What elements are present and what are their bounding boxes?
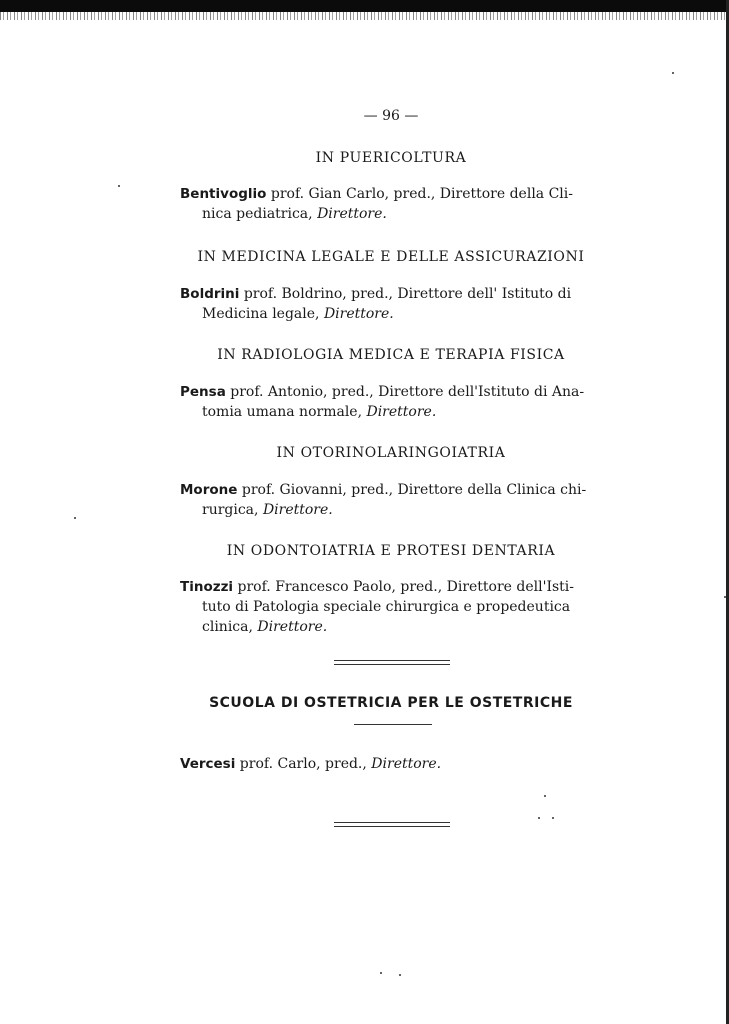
section-heading-medicina-legale: IN MEDICINA LEGALE E DELLE ASSICURAZIONI — [0, 249, 729, 265]
page-number: — 96 — — [0, 108, 729, 124]
scan-speck — [538, 817, 540, 819]
entry-role: Direttore. — [324, 306, 394, 322]
section-heading-radiologia: IN RADIOLOGIA MEDICA E TERAPIA FISICA — [0, 347, 729, 363]
section-heading-odontoiatria: IN ODONTOIATRIA E PROTESI DENTARIA — [0, 543, 729, 559]
scan-speck — [399, 974, 401, 976]
entry-text: prof. Antonio, pred., Direttore dell'Ist… — [226, 384, 584, 400]
entry-role: Direttore. — [263, 502, 333, 518]
scan-speck — [672, 72, 674, 74]
entry-text: prof. Francesco Paolo, pred., Direttore … — [233, 579, 574, 595]
double-rule-divider — [334, 660, 450, 665]
entry-bentivoglio: Bentivoglio prof. Gian Carlo, pred., Dir… — [180, 184, 604, 224]
entry-surname: Morone — [180, 482, 237, 498]
entry-role: Direttore. — [257, 619, 327, 635]
entry-text: prof. Boldrino, pred., Direttore dell' I… — [239, 286, 571, 302]
entry-text: Medicina legale, — [202, 306, 324, 322]
scan-noise — [0, 12, 729, 20]
entry-surname: Tinozzi — [180, 579, 233, 595]
entry-vercesi: Vercesi prof. Carlo, pred., Direttore. — [180, 754, 604, 774]
scan-speck — [552, 817, 554, 819]
entry-role: Direttore. — [371, 756, 441, 772]
scan-speck — [74, 517, 76, 519]
section-heading-puericoltura: IN PUERICOLTURA — [0, 150, 729, 166]
entry-text: tuto di Patologia speciale chirurgica e … — [180, 597, 604, 617]
entry-surname: Pensa — [180, 384, 226, 400]
school-heading: SCUOLA DI OSTETRICIA PER LE OSTETRICHE — [0, 695, 729, 711]
entry-morone: Morone prof. Giovanni, pred., Direttore … — [180, 480, 604, 520]
entry-boldrini: Boldrini prof. Boldrino, pred., Direttor… — [180, 284, 604, 324]
entry-role: Direttore. — [317, 206, 387, 222]
entry-text: nica pediatrica, — [202, 206, 317, 222]
short-rule-divider — [354, 724, 432, 725]
scan-speck — [724, 596, 726, 598]
entry-text: prof. Carlo, pred., — [235, 756, 371, 772]
scan-speck — [118, 185, 120, 187]
entry-surname: Bentivoglio — [180, 186, 266, 202]
scan-speck — [544, 795, 546, 797]
scan-speck — [380, 972, 382, 974]
scan-top-border — [0, 0, 729, 12]
entry-surname: Vercesi — [180, 756, 235, 772]
entry-text: clinica, — [202, 619, 257, 635]
entry-text: prof. Giovanni, pred., Direttore della C… — [237, 482, 586, 498]
entry-pensa: Pensa prof. Antonio, pred., Direttore de… — [180, 382, 604, 422]
entry-tinozzi: Tinozzi prof. Francesco Paolo, pred., Di… — [180, 577, 604, 637]
double-rule-divider — [334, 822, 450, 827]
entry-role: Direttore. — [366, 404, 436, 420]
entry-text: tomia umana normale, — [202, 404, 366, 420]
entry-text: prof. Gian Carlo, pred., Direttore della… — [266, 186, 573, 202]
entry-surname: Boldrini — [180, 286, 239, 302]
entry-text: rurgica, — [202, 502, 263, 518]
section-heading-otorinolaringoiatria: IN OTORINOLARINGOIATRIA — [0, 445, 729, 461]
